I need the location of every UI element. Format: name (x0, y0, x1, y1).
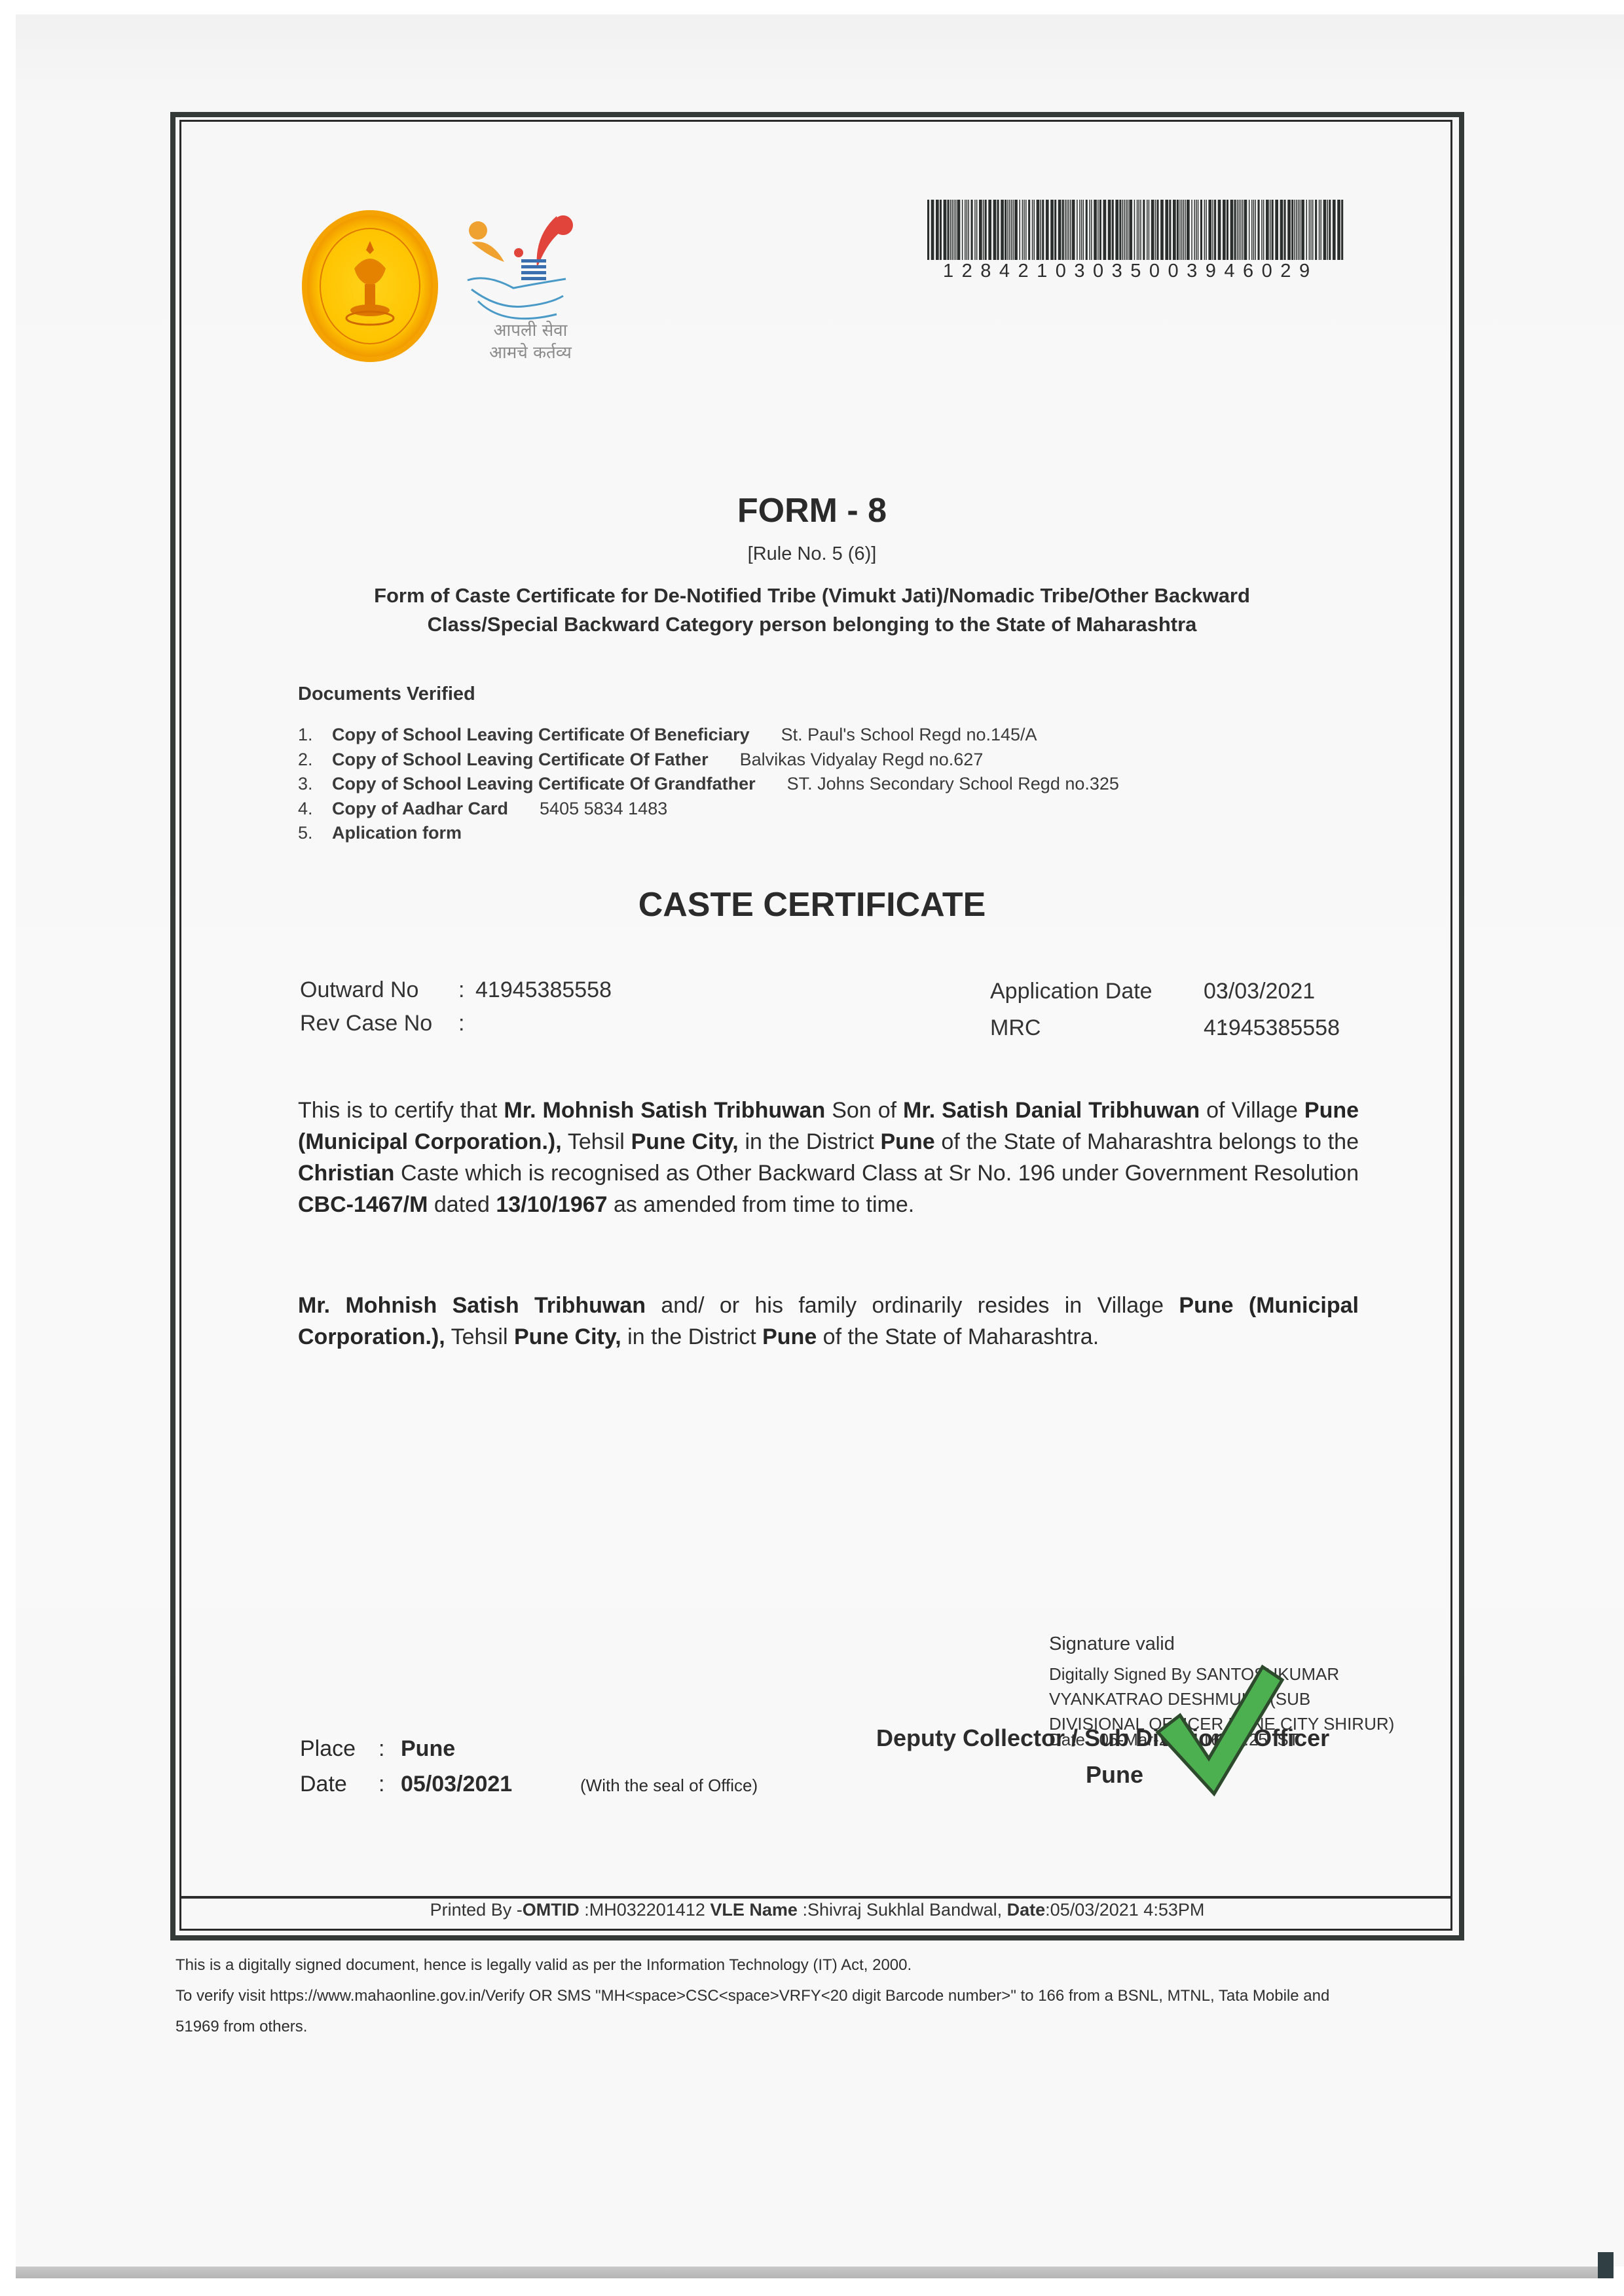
documents-verified-heading: Documents Verified (298, 683, 475, 705)
body-text: Tehsil (445, 1324, 514, 1349)
document-item: 4.Copy of Aadhar Card5405 5834 1483 (298, 797, 1119, 822)
document-item-number: 1. (298, 723, 332, 748)
emphasized-text: Pune (881, 1129, 935, 1154)
certificate-title: CASTE CERTIFICATE (0, 885, 1624, 924)
document-item-label: Copy of School Leaving Certificate Of Be… (332, 725, 750, 744)
application-date-label: Application Date (990, 979, 1153, 1004)
tagline-line-1: आपली सेवा (485, 319, 576, 342)
certification-paragraph: This is to certify that Mr. Mohnish Sati… (298, 1095, 1359, 1220)
vle-value: :Shivraj Sukhlal Bandwal, (802, 1900, 1002, 1920)
verification-footer: This is a digitally signed document, hen… (175, 1950, 1485, 2042)
mrc-label: MRC (990, 1015, 1041, 1041)
document-item-value: 5405 5834 1483 (540, 799, 667, 818)
form-subtitle-line-1: Form of Caste Certificate for De-Notifie… (0, 581, 1624, 610)
place-label: Place (300, 1736, 356, 1762)
date-value: 05/03/2021 (401, 1772, 512, 1797)
body-text: dated (428, 1192, 496, 1217)
barcode-icon (927, 200, 1344, 260)
omtid-value: :MH032201412 (584, 1900, 705, 1920)
vle-label: VLE Name (710, 1900, 798, 1920)
document-item-label: Aplication form (332, 823, 462, 843)
form-subtitle: Form of Caste Certificate for De-Notifie… (0, 581, 1624, 639)
maharashtra-emblem-icon (291, 200, 449, 372)
tagline-line-2: आमचे कर्तव्य (485, 342, 576, 364)
scan-edge-shadow (16, 2267, 1614, 2278)
document-item-label: Copy of School Leaving Certificate Of Gr… (332, 774, 756, 793)
application-date-value: 03/03/2021 (1204, 979, 1315, 1004)
document-item-label: Copy of Aadhar Card (332, 799, 508, 818)
residence-paragraph: Mr. Mohnish Satish Tribhuwan and/ or his… (298, 1290, 1359, 1353)
document-item: 5.Aplication form (298, 821, 1119, 846)
barcode-number: 12842103035003946029 (943, 261, 1336, 282)
emphasized-text: Pune City, (631, 1129, 739, 1154)
footer-line-2: To verify visit https://www.mahaonline.g… (175, 1980, 1485, 2011)
date-colon: : (378, 1772, 384, 1797)
body-text: in the District (621, 1324, 762, 1349)
body-text: in the District (739, 1129, 881, 1154)
documents-verified-list: 1.Copy of School Leaving Certificate Of … (298, 723, 1119, 846)
document-item-number: 5. (298, 821, 332, 846)
date-label: Date (300, 1772, 347, 1797)
outward-no-label: Outward No (300, 977, 418, 1003)
document-item-number: 3. (298, 772, 332, 797)
emphasized-text: Christian (298, 1161, 394, 1186)
aaple-sarkar-tagline: आपली सेवा आमचे कर्तव्य (485, 319, 576, 364)
emphasized-text: Pune (762, 1324, 817, 1349)
form-subtitle-line-2: Class/Special Backward Category person b… (0, 610, 1624, 639)
outward-no-value: 41945385558 (475, 977, 612, 1003)
emphasized-text: CBC-1467/M (298, 1192, 428, 1217)
body-text: of the State of Maharashtra. (817, 1324, 1099, 1349)
printed-date-value: :05/03/2021 4:53PM (1045, 1900, 1204, 1920)
seal-note: (With the seal of Office) (580, 1776, 758, 1796)
body-text: of Village (1200, 1098, 1304, 1123)
scan-edge-corner (1598, 2252, 1614, 2278)
footer-line-3: 51969 from others. (175, 2011, 1485, 2042)
body-text: This is to certify that (298, 1098, 504, 1123)
emphasized-text: Pune City, (514, 1324, 621, 1349)
document-item-label: Copy of School Leaving Certificate Of Fa… (332, 750, 709, 769)
emphasized-text: Mr. Satish Danial Tribhuwan (903, 1098, 1200, 1123)
body-text: Tehsil (562, 1129, 631, 1154)
omtid-label: OMTID (523, 1900, 580, 1920)
printed-by-line: Printed By -OMTID :MH032201412 VLE Name … (182, 1900, 1452, 1920)
body-text: of the State of Maharashtra belongs to t… (935, 1129, 1359, 1154)
document-item: 2.Copy of School Leaving Certificate Of … (298, 748, 1119, 773)
officer-place: Pune (1086, 1761, 1143, 1789)
emphasized-text: Mr. Mohnish Satish Tribhuwan (298, 1293, 646, 1318)
document-item: 3.Copy of School Leaving Certificate Of … (298, 772, 1119, 797)
form-title: FORM - 8 (0, 491, 1624, 530)
rev-case-no-colon: : (458, 1011, 464, 1036)
rev-case-no-label: Rev Case No (300, 1011, 432, 1036)
document-item-value: St. Paul's School Regd no.145/A (781, 725, 1037, 744)
printed-by-prefix: Printed By - (430, 1900, 523, 1920)
body-text: as amended from time to time. (608, 1192, 915, 1217)
document-item: 1.Copy of School Leaving Certificate Of … (298, 723, 1119, 748)
document-item-number: 4. (298, 797, 332, 822)
signature-valid-check-icon (1154, 1660, 1285, 1798)
place-value: Pune (401, 1736, 455, 1762)
document-item-number: 2. (298, 748, 332, 773)
body-text: and/ or his family ordinarily resides in… (646, 1293, 1179, 1318)
signature-status: Signature valid (1049, 1631, 1394, 1656)
footer-line-1: This is a digitally signed document, hen… (175, 1950, 1485, 1980)
emphasized-text: 13/10/1967 (496, 1192, 607, 1217)
emphasized-text: Mr. Mohnish Satish Tribhuwan (504, 1098, 825, 1123)
printed-by-divider (181, 1896, 1450, 1899)
document-item-value: ST. Johns Secondary School Regd no.325 (787, 774, 1119, 793)
printed-date-label: Date (1007, 1900, 1046, 1920)
body-text: Caste which is recognised as Other Backw… (394, 1161, 1359, 1186)
document-item-value: Balvikas Vidyalay Regd no.627 (740, 750, 984, 769)
body-text: Son of (825, 1098, 903, 1123)
place-colon: : (378, 1736, 384, 1762)
outward-no-colon: : (458, 977, 464, 1003)
rule-number: [Rule No. 5 (6)] (0, 543, 1624, 565)
mrc-value: 41945385558 (1204, 1015, 1340, 1041)
